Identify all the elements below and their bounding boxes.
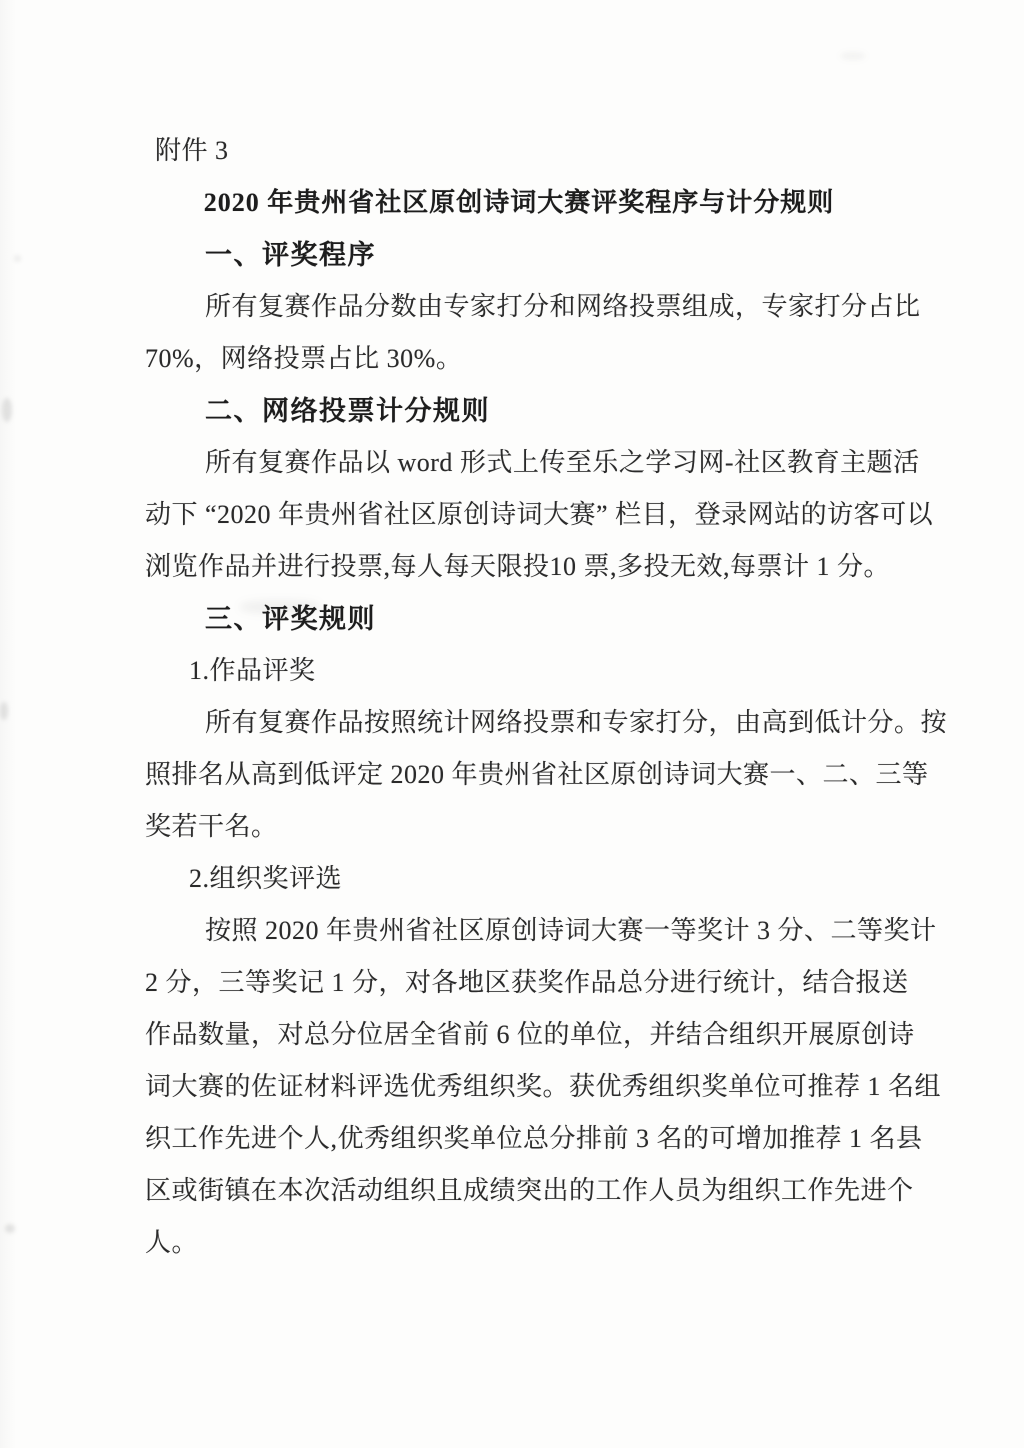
paragraph-line: 2 分，三等奖记 1 分，对各地区获奖作品总分进行统计，结合报送 — [145, 957, 893, 1009]
scan-artifact — [14, 255, 21, 262]
paragraph-line: 所有复赛作品以 word 形式上传至乐之学习网-社区教育主题活 — [145, 437, 893, 489]
paragraph-line: 织工作先进个人,优秀组织奖单位总分排前 3 名的可增加推荐 1 名县 — [145, 1113, 893, 1165]
scan-artifact — [0, 702, 8, 720]
paragraph-line: 动下 “2020 年贵州省社区原创诗词大赛” 栏目，登录网站的访客可以 — [145, 489, 893, 541]
document-title: 2020 年贵州省社区原创诗词大赛评奖程序与计分规则 — [145, 177, 893, 229]
list-item-1: 1.作品评奖 — [145, 645, 893, 697]
section-heading-1: 一、评奖程序 — [145, 229, 893, 281]
scan-artifact — [2, 398, 12, 422]
attachment-label: 附件 3 — [145, 125, 893, 177]
paragraph-line: 照排名从高到低评定 2020 年贵州省社区原创诗词大赛一、二、三等 — [145, 749, 893, 801]
paragraph-line: 按照 2020 年贵州省社区原创诗词大赛一等奖计 3 分、二等奖计 — [145, 905, 893, 957]
paragraph-line: 所有复赛作品按照统计网络投票和专家打分，由高到低计分。按 — [145, 697, 893, 749]
paragraph-line: 浏览作品并进行投票,每人每天限投10 票,多投无效,每票计 1 分。 — [145, 541, 893, 593]
section-heading-2: 二、网络投票计分规则 — [145, 385, 893, 437]
list-item-2: 2.组织奖评选 — [145, 853, 893, 905]
scan-artifact — [5, 1224, 15, 1233]
document-text-block: 附件 3 2020 年贵州省社区原创诗词大赛评奖程序与计分规则 一、评奖程序 所… — [145, 125, 893, 1269]
paragraph-line: 奖若干名。 — [145, 801, 893, 853]
scanned-document-page: 附件 3 2020 年贵州省社区原创诗词大赛评奖程序与计分规则 一、评奖程序 所… — [0, 0, 1024, 1448]
scan-artifact — [840, 52, 866, 60]
paragraph-line: 70%，网络投票占比 30%。 — [145, 333, 893, 385]
paragraph-line: 词大赛的佐证材料评选优秀组织奖。获优秀组织奖单位可推荐 1 名组 — [145, 1061, 893, 1113]
paragraph-line: 作品数量，对总分位居全省前 6 位的单位，并结合组织开展原创诗 — [145, 1009, 893, 1061]
section-heading-3: 三、评奖规则 — [145, 593, 893, 645]
paragraph-line: 所有复赛作品分数由专家打分和网络投票组成，专家打分占比 — [145, 281, 893, 333]
paragraph-line: 人。 — [145, 1217, 893, 1269]
paragraph-line: 区或街镇在本次活动组织且成绩突出的工作人员为组织工作先进个 — [145, 1165, 893, 1217]
